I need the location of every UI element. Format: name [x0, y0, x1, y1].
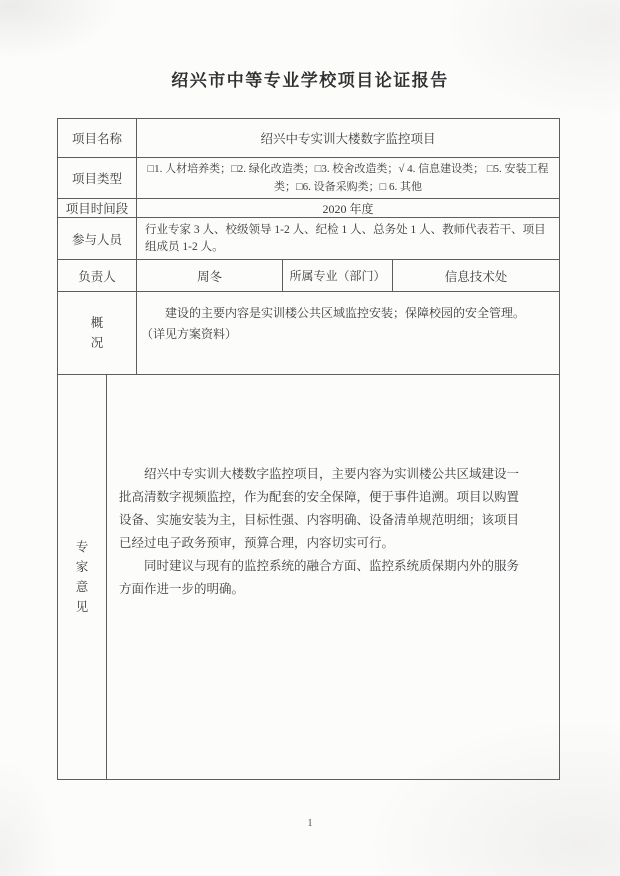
overview-label: 概况 [58, 292, 137, 374]
expert-opinion-label: 专家意见 [58, 375, 107, 779]
scanned-document-page: 绍兴市中等专业学校项目论证报告 项目名称 绍兴中专实训大楼数字监控项目 项目类型… [0, 0, 620, 876]
scan-artifact [0, 756, 60, 876]
leader-value: 周冬 [137, 260, 283, 291]
project-type-checkbox-options: □1. 人材培养类；□2. 绿化改造类；□3. 校舍改造类；√ 4. 信息建设类… [137, 158, 559, 198]
expert-opinion-value: 绍兴中专实训大楼数字监控项目，主要内容为实训楼公共区域建设一批高清数字视频监控，… [107, 375, 559, 779]
row-project-type: 项目类型 □1. 人材培养类；□2. 绿化改造类；□3. 校舍改造类；√ 4. … [58, 158, 559, 199]
project-report-form: 项目名称 绍兴中专实训大楼数字监控项目 项目类型 □1. 人材培养类；□2. 绿… [57, 118, 560, 780]
expert-opinion-paragraph-1: 绍兴中专实训大楼数字监控项目，主要内容为实训楼公共区域建设一批高清数字视频监控，… [119, 463, 529, 555]
overview-label-text: 概况 [88, 313, 106, 353]
row-leader: 负责人 周冬 所属专业（部门） 信息技术处 [58, 260, 559, 292]
participants-label: 参与人员 [58, 218, 137, 259]
leader-label: 负责人 [58, 260, 137, 291]
project-type-label: 项目类型 [58, 158, 137, 198]
row-overview: 概况 建设的主要内容是实训楼公共区域监控安装；保障校园的安全管理。 （详见方案资… [58, 292, 559, 375]
row-participants: 参与人员 行业专家 3 人、校级领导 1-2 人、纪检 1 人、总务处 1 人、… [58, 218, 559, 260]
scan-artifact [440, 0, 620, 120]
project-period-value: 2020 年度 [137, 199, 559, 217]
page-number: 1 [0, 817, 620, 829]
row-expert-opinion: 专家意见 绍兴中专实训大楼数字监控项目，主要内容为实训楼公共区域建设一批高清数字… [58, 375, 559, 779]
project-name-value: 绍兴中专实训大楼数字监控项目 [137, 119, 559, 157]
document-title: 绍兴市中等专业学校项目论证报告 [0, 66, 620, 91]
project-period-label: 项目时间段 [58, 199, 137, 217]
department-value: 信息技术处 [393, 260, 559, 291]
overview-value: 建设的主要内容是实训楼公共区域监控安装；保障校园的安全管理。 （详见方案资料） [137, 292, 559, 374]
expert-opinion-paragraph-2: 同时建议与现有的监控系统的融合方面、监控系统质保期内外的服务方面作进一步的明确。 [119, 555, 529, 601]
participants-value: 行业专家 3 人、校级领导 1-2 人、纪检 1 人、总务处 1 人、教师代表若… [137, 218, 559, 259]
expert-opinion-label-text: 专家意见 [73, 537, 91, 617]
row-project-period: 项目时间段 2020 年度 [58, 199, 559, 218]
project-name-label: 项目名称 [58, 119, 137, 157]
scan-artifact [0, 0, 120, 60]
row-project-name: 项目名称 绍兴中专实训大楼数字监控项目 [58, 119, 559, 158]
department-label: 所属专业（部门） [283, 260, 393, 291]
